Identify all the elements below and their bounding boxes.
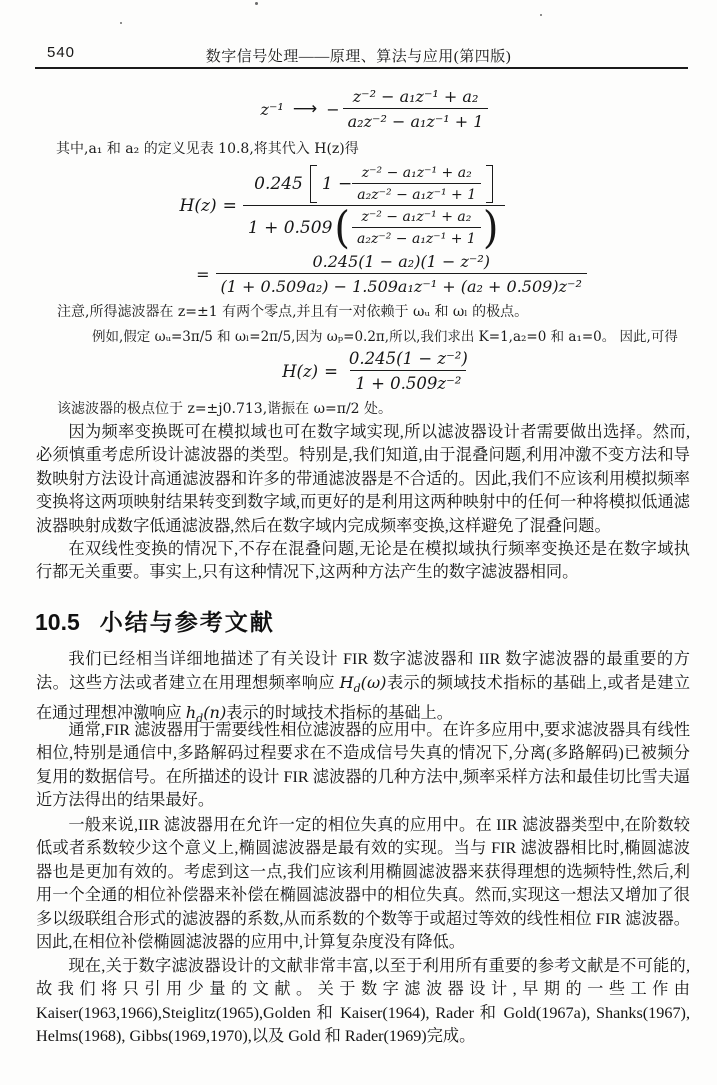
- numerator: 0.245(1 − z⁻²): [344, 349, 473, 370]
- equals-sign: =: [318, 362, 344, 381]
- outer-denominator: 1 + 0.509 ( z⁻² − a₁z⁻¹ + a₂ a₂z⁻² − a₁z…: [243, 205, 506, 247]
- outer-fraction: 0.245 1 − z⁻² − a₁z⁻¹ + a₂ a₂z⁻² − a₁z⁻¹…: [243, 165, 506, 247]
- inner-fraction: z⁻² − a₁z⁻¹ + a₂ a₂z⁻² − a₁z⁻¹ + 1: [352, 165, 481, 203]
- denominator: a₂z⁻² − a₁z⁻¹ + 1: [352, 227, 481, 247]
- coefficient: 0.245: [254, 174, 303, 194]
- running-head-title: 数字信号处理——原理、算法与应用(第四版): [0, 45, 717, 66]
- section-number: 10.5: [35, 609, 80, 636]
- note-zeros: 注意,所得滤波器在 z=±1 有两个零点,并且有一对依赖于 ωᵤ 和 ωₗ 的极…: [57, 301, 528, 321]
- den-prefix: 1 + 0.509: [248, 218, 333, 238]
- denominator: a₂z⁻² − a₁z⁻¹ + 1: [352, 183, 481, 203]
- fraction: 0.245(1 − a₂)(1 − z⁻²) (1 + 0.509a₂) − 1…: [216, 252, 587, 296]
- note-poles: 该滤波器的极点位于 z=±j0.713,谐振在 ω=π/2 处。: [57, 398, 392, 418]
- numerator: z⁻² − a₁z⁻¹ + a₂: [348, 87, 484, 108]
- textbook-page: 540 数字信号处理——原理、算法与应用(第四版) z⁻¹ ⟶ − z⁻² − …: [0, 0, 717, 1085]
- math-Hd-subscript: d: [354, 683, 361, 696]
- equation-frequency-mapping: z⁻¹ ⟶ − z⁻² − a₁z⁻¹ + a₂ a₂z⁻² − a₁z⁻¹ +…: [16, 84, 717, 134]
- map-lhs: z⁻¹: [261, 100, 284, 119]
- equals-sign: =: [217, 196, 243, 216]
- note-example: 例如,假定 ωᵤ=3π/5 和 ωₗ=2π/5,因为 ωₚ=0.2π,所以,我们…: [92, 325, 678, 345]
- denominator: a₂z⁻² − a₁z⁻¹ + 1: [343, 108, 489, 131]
- math-Hd-arg: (ω): [361, 673, 387, 692]
- scan-speck: [120, 22, 122, 24]
- outer-numerator: 0.245 1 − z⁻² − a₁z⁻¹ + a₂ a₂z⁻² − a₁z⁻¹…: [249, 165, 499, 205]
- equals-sign: =: [190, 265, 215, 284]
- paragraph-references: 现在,关于数字滤波器设计的文献非常丰富,以至于利用所有重要的参考文献是不可能的,…: [36, 955, 690, 1049]
- right-parenthesis: ): [481, 208, 501, 248]
- map-minus: −: [326, 100, 342, 119]
- one-minus: 1 −: [322, 174, 352, 194]
- paragraph-bilinear: 在双线性变换的情况下,不存在混叠问题,无论是在模拟域执行频率变换还是在数字域执行…: [36, 538, 690, 585]
- scan-speck: [540, 14, 542, 16]
- equation-transfer-function: H(z) = 0.245 1 − z⁻² − a₁z⁻¹ + a₂ a₂z⁻² …: [0, 158, 701, 253]
- header-rule: [35, 67, 688, 69]
- fraction: 0.245(1 − z⁻²) 1 + 0.509z⁻²: [344, 349, 473, 393]
- section-heading: 10.5 小结与参考文献: [35, 604, 275, 637]
- long-right-arrow-icon: ⟶: [284, 99, 326, 119]
- paragraph-fir-applications: 通常,FIR 滤波器用于需要线性相位滤波器的应用中。在许多应用中,要求滤波器具有…: [36, 719, 690, 813]
- inner-fraction: z⁻² − a₁z⁻¹ + a₂ a₂z⁻² − a₁z⁻¹ + 1: [352, 209, 481, 247]
- scan-speck: [255, 2, 258, 5]
- hz-lhs: H(z): [180, 196, 217, 216]
- hz-lhs: H(z): [282, 362, 318, 381]
- left-parenthesis: (: [332, 208, 352, 248]
- left-square-bracket: [310, 165, 317, 203]
- right-square-bracket: [486, 165, 493, 203]
- fraction: z⁻² − a₁z⁻¹ + a₂ a₂z⁻² − a₁z⁻¹ + 1: [343, 87, 489, 131]
- denominator: 1 + 0.509z⁻²: [350, 370, 466, 393]
- paragraph-iir-elliptic: 一般来说,IIR 滤波器用在允许一定的相位失真的应用中。在 IIR 滤波器类型中…: [36, 814, 690, 954]
- math-Hd: H: [340, 673, 354, 692]
- paragraph-frequency-transform: 因为频率变换既可在模拟域也可在数字域实现,所以滤波器设计者需要做出选择。然而,必…: [36, 421, 690, 538]
- numerator: 0.245(1 − a₂)(1 − z⁻²): [307, 252, 495, 273]
- equation-simplified: = 0.245(1 − a₂)(1 − z⁻²) (1 + 0.509a₂) −…: [30, 250, 717, 298]
- denominator: (1 + 0.509a₂) − 1.509a₁z⁻¹ + (a₂ + 0.509…: [216, 273, 587, 296]
- section-title: 小结与参考文献: [100, 604, 275, 637]
- note-substitution: 其中,a₁ 和 a₂ 的定义见表 10.8,将其代入 H(z)得: [56, 138, 359, 158]
- numerator: z⁻² − a₁z⁻¹ + a₂: [356, 209, 476, 227]
- numerator: z⁻² − a₁z⁻¹ + a₂: [357, 165, 477, 183]
- equation-final: H(z) = 0.245(1 − z⁻²) 1 + 0.509z⁻²: [19, 348, 717, 394]
